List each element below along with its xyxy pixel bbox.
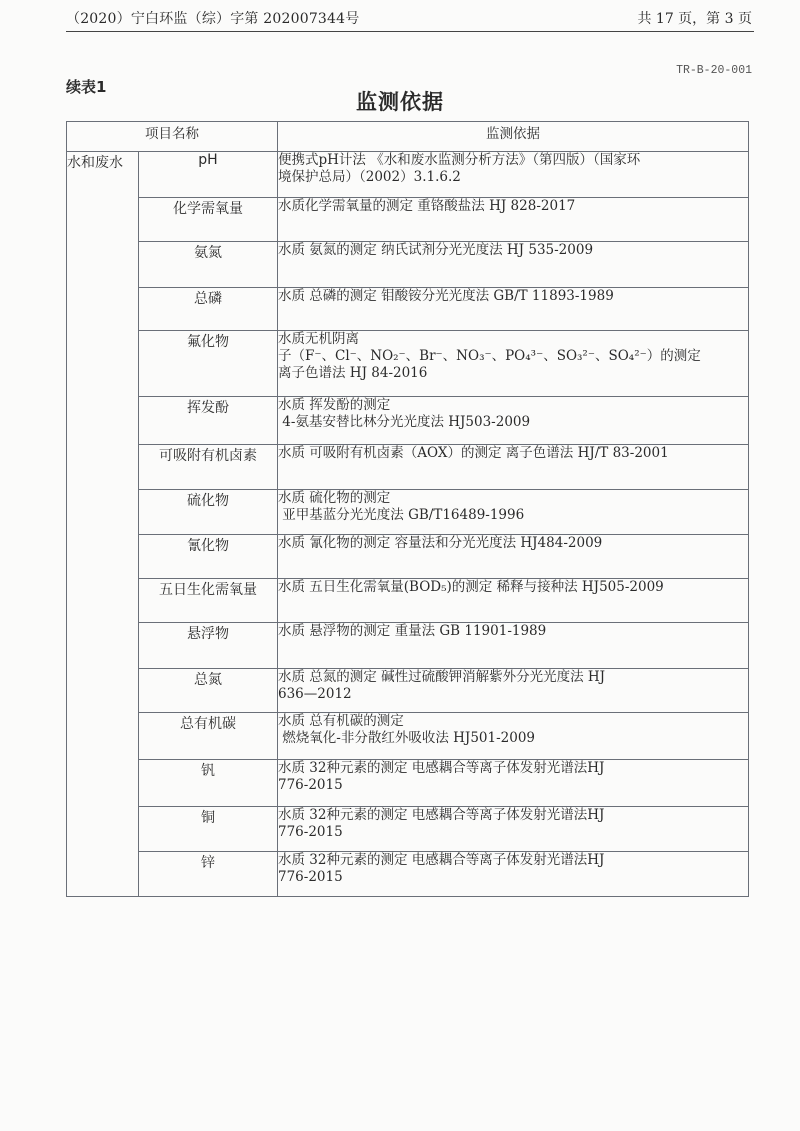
- item-name-cell: 总有机碳: [139, 713, 278, 760]
- method-text-line: 水质 氨氮的测定 纳氏试剂分光光度法 HJ 535-2009: [278, 242, 748, 259]
- method-cell: 水质无机阴离子（F⁻、Cl⁻、NO₂⁻、Br⁻、NO₃⁻、PO₄³⁻、SO₃²⁻…: [278, 331, 749, 397]
- method-text-line: 水质化学需氧量的测定 重铬酸盐法 HJ 828-2017: [278, 198, 748, 215]
- table-row: 硫化物水质 硫化物的测定 亚甲基蓝分光光度法 GB/T16489-1996: [67, 490, 749, 535]
- item-name-cell: 挥发酚: [139, 397, 278, 445]
- item-name-cell: pH: [139, 152, 278, 198]
- table-row: 总有机碳水质 总有机碳的测定 燃烧氧化-非分散红外吸收法 HJ501-2009: [67, 713, 749, 760]
- table-row: 悬浮物水质 悬浮物的测定 重量法 GB 11901-1989: [67, 623, 749, 669]
- column-header-item-name: 项目名称: [67, 122, 278, 152]
- item-name-cell: 铜: [139, 807, 278, 852]
- method-text-line: 776-2015: [278, 777, 748, 794]
- method-cell: 水质 挥发酚的测定 4-氨基安替比林分光光度法 HJ503-2009: [278, 397, 749, 445]
- table-row: 氰化物水质 氰化物的测定 容量法和分光光度法 HJ484-2009: [67, 535, 749, 579]
- method-text-line: 燃烧氧化-非分散红外吸收法 HJ501-2009: [278, 730, 748, 747]
- method-cell: 水质 总有机碳的测定 燃烧氧化-非分散红外吸收法 HJ501-2009: [278, 713, 749, 760]
- table-body: 水和废水pH便携式pH计法 《水和废水监测分析方法》（第四版）（国家环境保护总局…: [67, 152, 749, 897]
- method-text-line: 境保护总局）（2002）3.1.6.2: [278, 169, 748, 186]
- table-row: 可吸附有机卤素水质 可吸附有机卤素（AOX）的测定 离子色谱法 HJ/T 83-…: [67, 445, 749, 490]
- document-code: TR-B-20-001: [676, 64, 752, 77]
- column-header-method: 监测依据: [278, 122, 749, 152]
- method-text-line: 水质 硫化物的测定: [278, 490, 748, 507]
- method-text-line: 水质 挥发酚的测定: [278, 397, 748, 414]
- method-text-line: 便携式pH计法 《水和废水监测分析方法》（第四版）（国家环: [278, 152, 748, 169]
- method-text-line: 水质 32种元素的测定 电感耦合等离子体发射光谱法HJ: [278, 760, 748, 777]
- item-name-cell: 总氮: [139, 669, 278, 713]
- monitoring-basis-table: 项目名称 监测依据 水和废水pH便携式pH计法 《水和废水监测分析方法》（第四版…: [66, 121, 749, 897]
- item-name-cell: 悬浮物: [139, 623, 278, 669]
- method-text-line: 水质无机阴离: [278, 331, 748, 348]
- item-name-cell: 硫化物: [139, 490, 278, 535]
- method-text-line: 水质 悬浮物的测定 重量法 GB 11901-1989: [278, 623, 748, 640]
- method-text-line: 776-2015: [278, 824, 748, 841]
- item-name-cell: 总磷: [139, 288, 278, 331]
- table-row: 锌水质 32种元素的测定 电感耦合等离子体发射光谱法HJ776-2015: [67, 852, 749, 897]
- category-cell: 水和废水: [67, 152, 139, 897]
- item-name-cell: 可吸附有机卤素: [139, 445, 278, 490]
- method-cell: 水质 悬浮物的测定 重量法 GB 11901-1989: [278, 623, 749, 669]
- page-title: 监测依据: [0, 86, 800, 116]
- method-text-line: 4-氨基安替比林分光光度法 HJ503-2009: [278, 414, 748, 431]
- method-cell: 水质 氰化物的测定 容量法和分光光度法 HJ484-2009: [278, 535, 749, 579]
- method-cell: 水质 总磷的测定 钼酸铵分光光度法 GB/T 11893-1989: [278, 288, 749, 331]
- page-info: 共 17 页，第 3 页: [637, 8, 752, 28]
- table-row: 总氮水质 总氮的测定 碱性过硫酸钾消解紫外分光光度法 HJ636—2012: [67, 669, 749, 713]
- method-text-line: 子（F⁻、Cl⁻、NO₂⁻、Br⁻、NO₃⁻、PO₄³⁻、SO₃²⁻、SO₄²⁻…: [278, 348, 748, 365]
- method-cell: 水质 硫化物的测定 亚甲基蓝分光光度法 GB/T16489-1996: [278, 490, 749, 535]
- item-name-cell: 氟化物: [139, 331, 278, 397]
- item-name-cell: 化学需氧量: [139, 198, 278, 242]
- method-text-line: 水质 32种元素的测定 电感耦合等离子体发射光谱法HJ: [278, 807, 748, 824]
- method-text-line: 水质 总氮的测定 碱性过硫酸钾消解紫外分光光度法 HJ: [278, 669, 748, 686]
- method-text-line: 离子色谱法 HJ 84-2016: [278, 365, 748, 382]
- item-name-cell: 氰化物: [139, 535, 278, 579]
- method-text-line: 水质 氰化物的测定 容量法和分光光度法 HJ484-2009: [278, 535, 748, 552]
- method-cell: 水质 五日生化需氧量(BOD₅)的测定 稀释与接种法 HJ505-2009: [278, 579, 749, 623]
- table-row: 五日生化需氧量水质 五日生化需氧量(BOD₅)的测定 稀释与接种法 HJ505-…: [67, 579, 749, 623]
- item-name-cell: 五日生化需氧量: [139, 579, 278, 623]
- method-cell: 水质 可吸附有机卤素（AOX）的测定 离子色谱法 HJ/T 83-2001: [278, 445, 749, 490]
- table-row: 钒水质 32种元素的测定 电感耦合等离子体发射光谱法HJ776-2015: [67, 760, 749, 807]
- table-row: 总磷水质 总磷的测定 钼酸铵分光光度法 GB/T 11893-1989: [67, 288, 749, 331]
- method-text-line: 亚甲基蓝分光光度法 GB/T16489-1996: [278, 507, 748, 524]
- table-row: 水和废水pH便携式pH计法 《水和废水监测分析方法》（第四版）（国家环境保护总局…: [67, 152, 749, 198]
- table-header-row: 项目名称 监测依据: [67, 122, 749, 152]
- item-name-cell: 锌: [139, 852, 278, 897]
- method-text-line: 水质 总磷的测定 钼酸铵分光光度法 GB/T 11893-1989: [278, 288, 748, 305]
- method-cell: 便携式pH计法 《水和废水监测分析方法》（第四版）（国家环境保护总局）（2002…: [278, 152, 749, 198]
- method-cell: 水质 32种元素的测定 电感耦合等离子体发射光谱法HJ776-2015: [278, 760, 749, 807]
- method-cell: 水质 32种元素的测定 电感耦合等离子体发射光谱法HJ776-2015: [278, 852, 749, 897]
- method-text-line: 水质 五日生化需氧量(BOD₅)的测定 稀释与接种法 HJ505-2009: [278, 579, 748, 596]
- method-cell: 水质 总氮的测定 碱性过硫酸钾消解紫外分光光度法 HJ636—2012: [278, 669, 749, 713]
- table-row: 氟化物水质无机阴离子（F⁻、Cl⁻、NO₂⁻、Br⁻、NO₃⁻、PO₄³⁻、SO…: [67, 331, 749, 397]
- method-cell: 水质化学需氧量的测定 重铬酸盐法 HJ 828-2017: [278, 198, 749, 242]
- item-name-cell: 钒: [139, 760, 278, 807]
- method-text-line: 水质 32种元素的测定 电感耦合等离子体发射光谱法HJ: [278, 852, 748, 869]
- method-text-line: 636—2012: [278, 686, 748, 703]
- method-text-line: 水质 可吸附有机卤素（AOX）的测定 离子色谱法 HJ/T 83-2001: [278, 445, 748, 462]
- method-cell: 水质 氨氮的测定 纳氏试剂分光光度法 HJ 535-2009: [278, 242, 749, 288]
- method-text-line: 水质 总有机碳的测定: [278, 713, 748, 730]
- table-row: 挥发酚水质 挥发酚的测定 4-氨基安替比林分光光度法 HJ503-2009: [67, 397, 749, 445]
- table-row: 铜水质 32种元素的测定 电感耦合等离子体发射光谱法HJ776-2015: [67, 807, 749, 852]
- method-cell: 水质 32种元素的测定 电感耦合等离子体发射光谱法HJ776-2015: [278, 807, 749, 852]
- table-row: 氨氮水质 氨氮的测定 纳氏试剂分光光度法 HJ 535-2009: [67, 242, 749, 288]
- table-row: 化学需氧量水质化学需氧量的测定 重铬酸盐法 HJ 828-2017: [67, 198, 749, 242]
- header-divider: [66, 31, 754, 32]
- method-text-line: 776-2015: [278, 869, 748, 886]
- report-number: （2020）宁白环监（综）字第 202007344号: [66, 8, 359, 28]
- item-name-cell: 氨氮: [139, 242, 278, 288]
